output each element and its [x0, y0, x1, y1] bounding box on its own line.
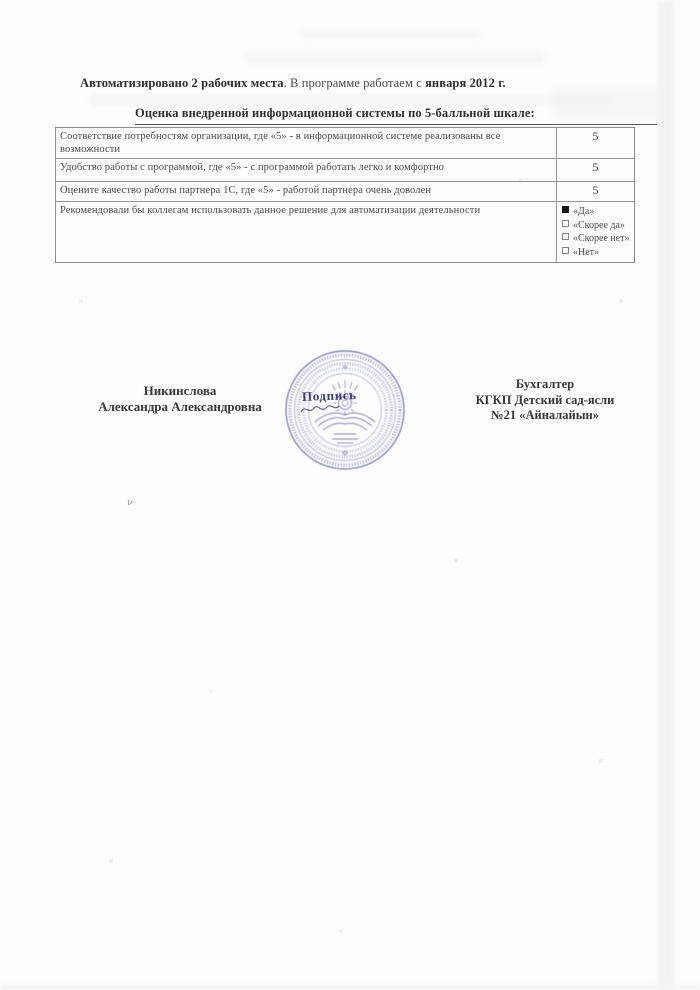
header-line: Автоматизировано 2 рабочих места. В прог… [80, 76, 660, 91]
organization-name: КГКП Детский сад-ясли [420, 393, 670, 409]
header-bold-segment: января 2012 г. [425, 76, 506, 90]
criterion-cell: Соответствие потребностям организации, г… [56, 128, 556, 158]
options-cell: «Да» «Скорее да» «Скорее нет» «Нет» [556, 202, 634, 262]
table-row: Оцените качество работы партнера 1С, где… [56, 181, 634, 201]
signature-scrawl [299, 402, 341, 420]
option-label: «Скорее нет» [573, 233, 630, 244]
option-line: «Скорее да» [562, 219, 632, 233]
signatory-name-block: Никинслова Александра Александровна [55, 383, 305, 415]
scanned-document-page: ν Автоматизировано 2 рабочих места. В пр… [0, 0, 700, 990]
evaluation-table: Соответствие потребностям организации, г… [55, 127, 635, 263]
score-cell: 5 [556, 159, 634, 181]
option-line: «Нет» [562, 246, 632, 260]
header-bold-segment: Автоматизировано 2 рабочих места [80, 76, 284, 90]
organization-number: №21 «Айналайын» [420, 408, 670, 424]
score-cell: 5 [556, 128, 634, 158]
header-regular-segment: . В программе работаем с [284, 76, 425, 90]
option-label: «Скорее да» [573, 220, 625, 231]
table-title: Оценка внедренной информационной системы… [135, 106, 657, 125]
criterion-cell: Удобство работы с программой, где «5» - … [56, 159, 556, 181]
option-checkbox [562, 206, 569, 213]
option-checkbox [562, 220, 569, 227]
criterion-cell: Оцените качество работы партнера 1С, где… [56, 182, 556, 201]
option-checkbox [562, 247, 569, 254]
option-label: «Нет» [573, 247, 599, 258]
option-line: «Скорее нет» [562, 232, 632, 246]
signatory-title-block: Бухгалтер КГКП Детский сад-ясли №21 «Айн… [420, 377, 670, 424]
option-label: «Да» [573, 206, 594, 217]
signatory-given-names: Александра Александровна [55, 399, 305, 415]
signatory-position: Бухгалтер [420, 377, 670, 393]
option-line: «Да» [562, 205, 632, 219]
table-row: Удобство работы с программой, где «5» - … [56, 158, 634, 181]
option-checkbox [562, 233, 569, 240]
criterion-cell: Рекомендовали бы коллегам использовать д… [56, 202, 556, 262]
signatory-surname: Никинслова [55, 383, 305, 399]
table-row: Рекомендовали бы коллегам использовать д… [56, 201, 634, 262]
score-cell: 5 [556, 182, 634, 201]
table-row: Соответствие потребностям организации, г… [56, 128, 634, 158]
